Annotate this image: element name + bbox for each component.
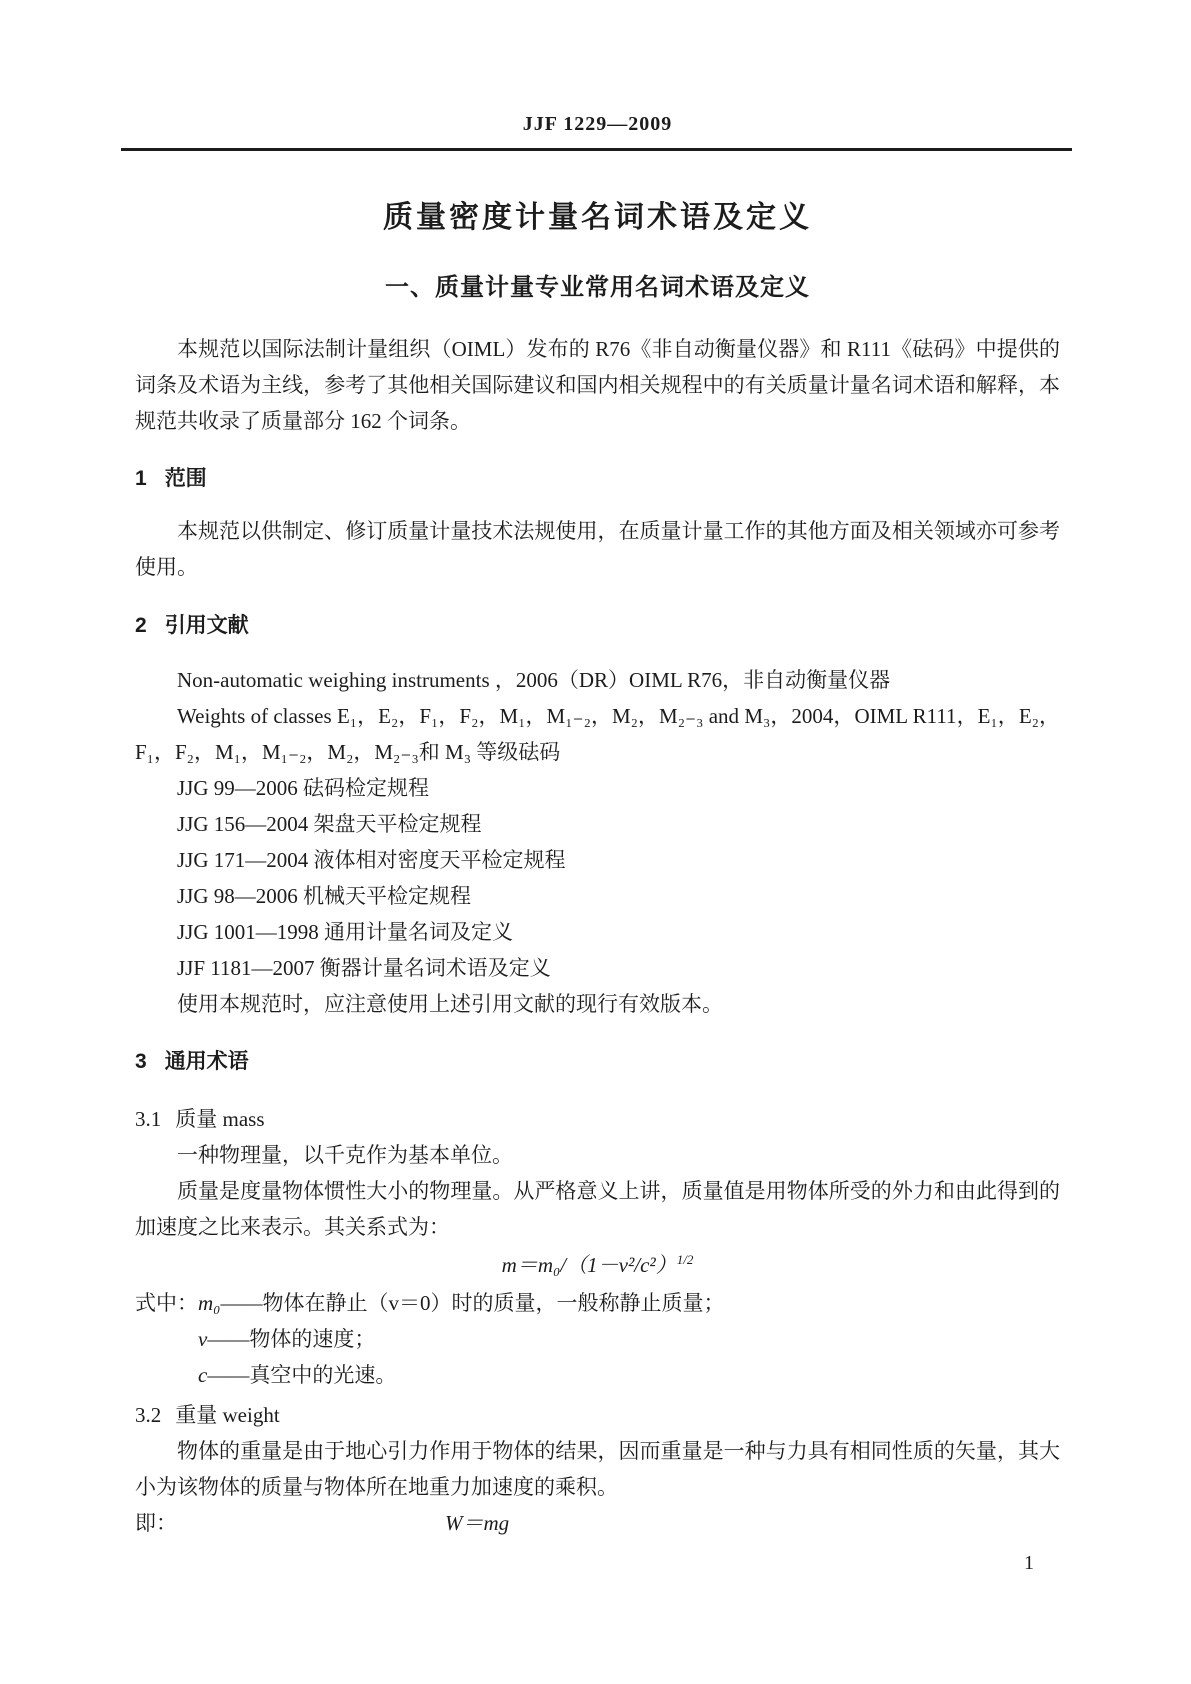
mass-formula: m＝m₀/（1－v²/c²）1/2 [502,1253,694,1277]
mass-formula-exponent: 1/2 [677,1252,694,1267]
mass-formula-main: m＝m₀/（1－v²/c²） [502,1253,677,1277]
weight-formula-label: 即： [135,1511,177,1535]
section-2-title: 引用文献 [165,614,249,637]
weight-formula: W＝mg [445,1511,509,1535]
formula-where-line: v——物体的速度； [135,1321,1060,1357]
formula-where-line: c——真空中的光速。 [135,1357,1060,1393]
section-3-title: 通用术语 [165,1050,249,1073]
intro-paragraph: 本规范以国际法制计量组织（OIML）发布的 R76《非自动衡量仪器》和 R111… [135,331,1060,439]
symbol-m0: m₀ [198,1291,220,1315]
section-2-heading: 2引用文献 [135,611,1060,641]
term-3-2-heading: 3.2重量 weight [135,1397,1060,1433]
symbol-c: c [198,1363,207,1387]
reference-item: JJG 99—2006 砝码检定规程 [135,770,1060,806]
section-1-title: 范围 [165,467,207,490]
term-3-1-definition-2: 质量是度量物体惯性大小的物理量。从严格意义上讲，质量值是用物体所受的外力和由此得… [135,1173,1060,1245]
mass-formula-line: m＝m₀/（1－v²/c²）1/2 [135,1247,1060,1283]
formula-where-line: 式中：m₀——物体在静止（v＝0）时的质量，一般称静止质量； [135,1285,1060,1321]
term-3-2-definition: 物体的重量是由于地心引力作用于物体的结果，因而重量是一种与力具有相同性质的矢量，… [135,1433,1060,1505]
header-rule [121,148,1072,151]
term-3-2-number: 3.2 [135,1403,161,1427]
document-page: JJF 1229—2009 质量密度计量名词术语及定义 一、质量计量专业常用名词… [0,0,1191,1684]
part-title: 一、质量计量专业常用名词术语及定义 [135,273,1060,303]
section-3-number: 3 [135,1050,147,1073]
section-1-heading: 1范围 [135,464,1060,494]
term-3-1-number: 3.1 [135,1107,161,1131]
section-1-body: 本规范以供制定、修订质量计量技术法规使用，在质量计量工作的其他方面及相关领域亦可… [135,513,1060,585]
document-title: 质量密度计量名词术语及定义 [135,199,1060,237]
symbol-v: v [198,1327,207,1351]
symbol-v-description: ——物体的速度； [207,1327,375,1351]
term-3-1-definition-1: 一种物理量，以千克作为基本单位。 [135,1137,1060,1173]
reference-item: JJF 1181—2007 衡器计量名词术语及定义 [135,950,1060,986]
term-3-2-name: 重量 weight [175,1403,279,1427]
term-3-1-heading: 3.1质量 mass [135,1101,1060,1137]
section-3-heading: 3通用术语 [135,1047,1060,1077]
page-number: 1 [135,1551,1060,1575]
reference-item: Non-automatic weighing instruments ，2006… [135,662,1060,698]
reference-note: 使用本规范时，应注意使用上述引用文献的现行有效版本。 [135,986,1060,1022]
symbol-c-description: ——真空中的光速。 [207,1363,396,1387]
symbol-m0-description: ——物体在静止（v＝0）时的质量，一般称静止质量； [220,1291,724,1315]
where-label: 式中： [135,1291,198,1315]
weight-formula-line: 即：W＝mg [135,1505,1060,1541]
reference-item: JJG 1001—1998 通用计量名词及定义 [135,914,1060,950]
reference-item: Weights of classes E₁，E₂，F₁，F₂，M₁，M₁₋₂，M… [135,698,1060,770]
reference-item: JJG 98—2006 机械天平检定规程 [135,878,1060,914]
reference-item: JJG 156—2004 架盘天平检定规程 [135,806,1060,842]
section-1-number: 1 [135,467,147,490]
reference-list: Non-automatic weighing instruments ，2006… [135,662,1060,1022]
reference-item: JJG 171—2004 液体相对密度天平检定规程 [135,842,1060,878]
section-2-number: 2 [135,614,147,637]
term-3-1-name: 质量 mass [175,1107,264,1131]
doc-number: JJF 1229—2009 [135,112,1060,136]
